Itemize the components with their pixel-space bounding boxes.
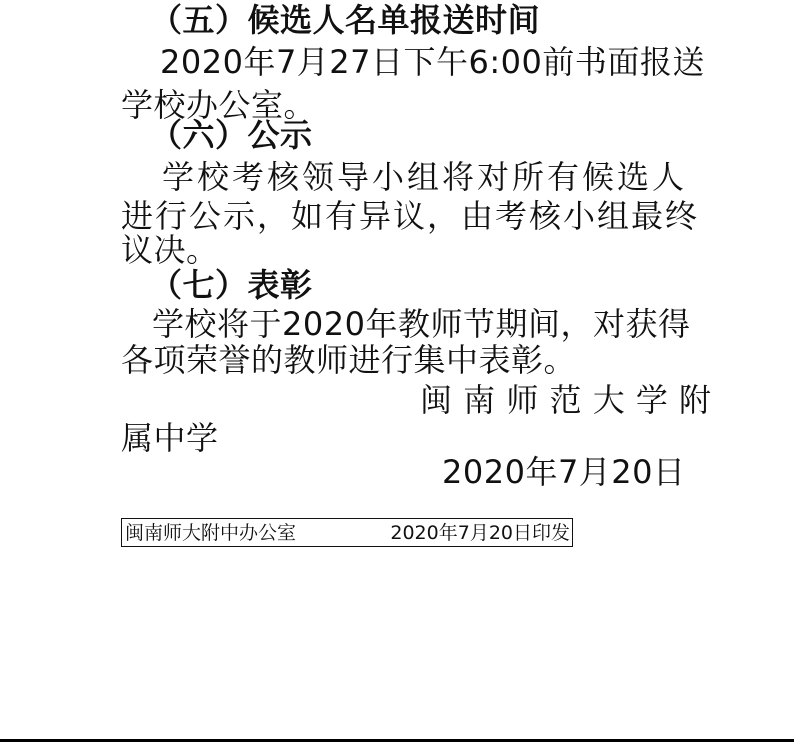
section-7-body-line-2: 各项荣誉的教师进行集中表彰。 xyxy=(121,340,576,380)
section-7-body-line-1: 学校将于2020年教师节期间，对获得 xyxy=(152,304,690,344)
footer-issuer: 闽南师大附中办公室 xyxy=(125,520,296,546)
signature-date: 2020年7月20日 xyxy=(442,452,686,492)
section-5-body-line-1: 2020年7月27日下午6:00前书面报送 xyxy=(160,42,705,82)
section-heading-7: （七）表彰 xyxy=(150,265,313,305)
section-heading-6: （六）公示 xyxy=(150,115,313,155)
footer-issue-date: 2020年7月20日印发 xyxy=(390,520,570,546)
section-6-body-line-1: 学校考核领导小组将对所有候选人 xyxy=(162,157,687,197)
signature-org-line-2: 属中学 xyxy=(121,418,219,458)
issuance-footer-box: 闽南师大附中办公室 2020年7月20日印发 xyxy=(121,518,573,547)
section-6-body-line-3: 议决。 xyxy=(121,230,219,270)
signature-org-line-1: 闽 南 师 范 大 学 附 xyxy=(420,380,712,420)
section-heading-5: （五）候选人名单报送时间 xyxy=(150,0,540,40)
